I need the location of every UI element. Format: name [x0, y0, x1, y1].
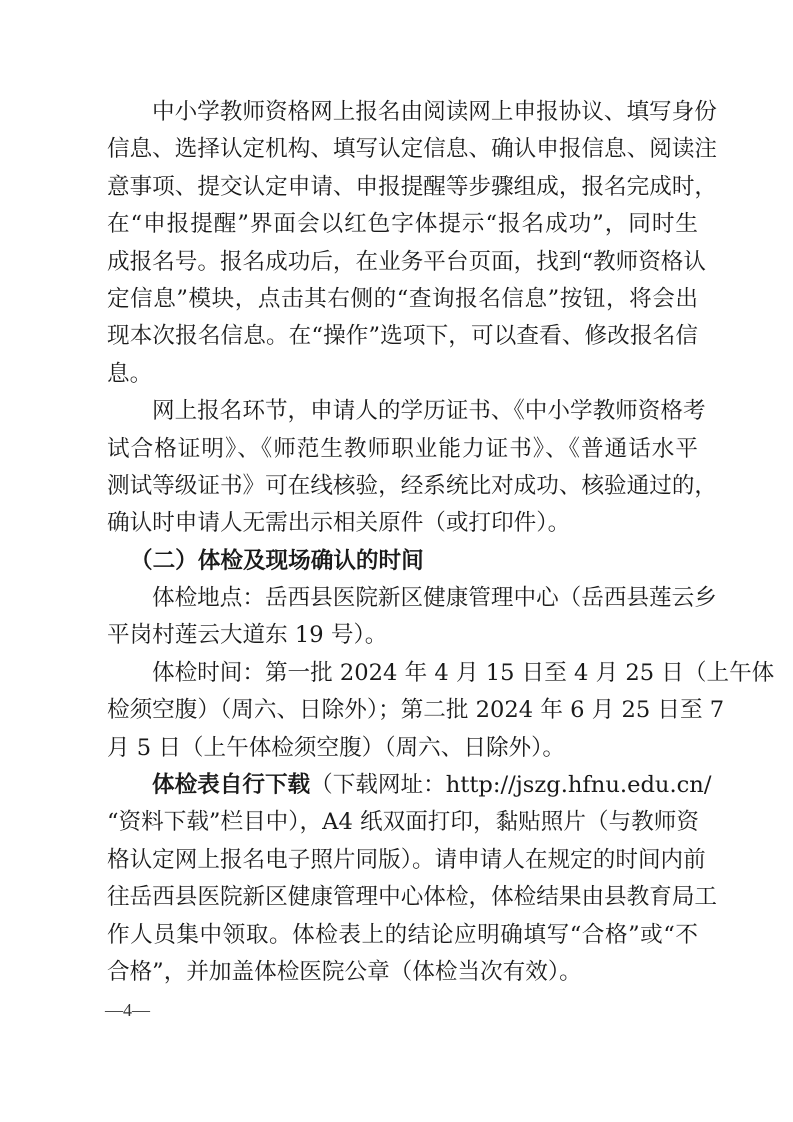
text-line: 体检时间：第一批 2024 年 4 月 15 日至 4 月 25 日（上午体 [107, 655, 698, 692]
paragraph-exam-time: 体检时间：第一批 2024 年 4 月 15 日至 4 月 25 日（上午体 检… [107, 655, 698, 767]
text-line: 体检表自行下载（下载网址：http://jszg.hfnu.edu.cn/ [107, 767, 698, 804]
download-url-text: （下载网址：http://jszg.hfnu.edu.cn/ [310, 772, 711, 798]
section-heading: （二）体检及现场确认的时间 [107, 543, 698, 580]
text-line: 意事项、提交认定申请、申报提醒等步骤组成，报名完成时， [107, 169, 698, 206]
text-line: 现本次报名信息。在“操作”选项下，可以查看、修改报名信 [107, 318, 698, 355]
paragraph-form-download: 体检表自行下载（下载网址：http://jszg.hfnu.edu.cn/ “资… [107, 767, 698, 991]
text-line: 体检地点：岳西县医院新区健康管理中心（岳西县莲云乡 [107, 580, 698, 617]
text-line: 成报名号。报名成功后，在业务平台页面，找到“教师资格认 [107, 244, 698, 281]
text-line: 定信息”模块，点击其右侧的“查询报名信息”按钮，将会出 [107, 281, 698, 318]
text-line: 检须空腹）（周六、日除外）；第二批 2024 年 6 月 25 日至 7 [107, 692, 698, 729]
text-line: “资料下载”栏目中），A4 纸双面打印，黏贴照片（与教师资 [107, 804, 698, 841]
text-line: 往岳西县医院新区健康管理中心体检，体检结果由县教育局工 [107, 879, 698, 916]
paragraph-exam-location: 体检地点：岳西县医院新区健康管理中心（岳西县莲云乡 平岗村莲云大道东 19 号）… [107, 580, 698, 655]
paragraph-registration-steps: 中小学教师资格网上报名由阅读网上申报协议、填写身份 信息、选择认定机构、填写认定… [107, 94, 698, 393]
text-line: 网上报名环节，申请人的学历证书、《中小学教师资格考 [107, 393, 698, 430]
text-line: 中小学教师资格网上报名由阅读网上申报协议、填写身份 [107, 94, 698, 131]
document-page: 中小学教师资格网上报名由阅读网上申报协议、填写身份 信息、选择认定机构、填写认定… [107, 94, 698, 991]
bold-lead-text: 体检表自行下载 [152, 772, 310, 798]
text-line: 在“申报提醒”界面会以红色字体提示“报名成功”，同时生 [107, 206, 698, 243]
page-number: —4— [105, 1000, 150, 1021]
text-line: 信息、选择认定机构、填写认定信息、确认申报信息、阅读注 [107, 131, 698, 168]
text-line: 格认定网上报名电子照片同版）。请申请人在规定的时间内前 [107, 842, 698, 879]
text-line: 作人员集中领取。体检表上的结论应明确填写“合格”或“不 [107, 917, 698, 954]
text-line: 平岗村莲云大道东 19 号）。 [107, 617, 698, 654]
text-line: 确认时申请人无需出示相关原件（或打印件）。 [107, 505, 698, 542]
text-line: 试合格证明》、《师范生教师职业能力证书》、《普通话水平 [107, 431, 698, 468]
text-line: 测试等级证书》可在线核验，经系统比对成功、核验通过的， [107, 468, 698, 505]
paragraph-online-verification: 网上报名环节，申请人的学历证书、《中小学教师资格考 试合格证明》、《师范生教师职… [107, 393, 698, 543]
text-line: 合格”，并加盖体检医院公章（体检当次有效）。 [107, 954, 698, 991]
text-line: 息。 [107, 356, 698, 393]
text-line: 月 5 日（上午体检须空腹）（周六、日除外）。 [107, 730, 698, 767]
